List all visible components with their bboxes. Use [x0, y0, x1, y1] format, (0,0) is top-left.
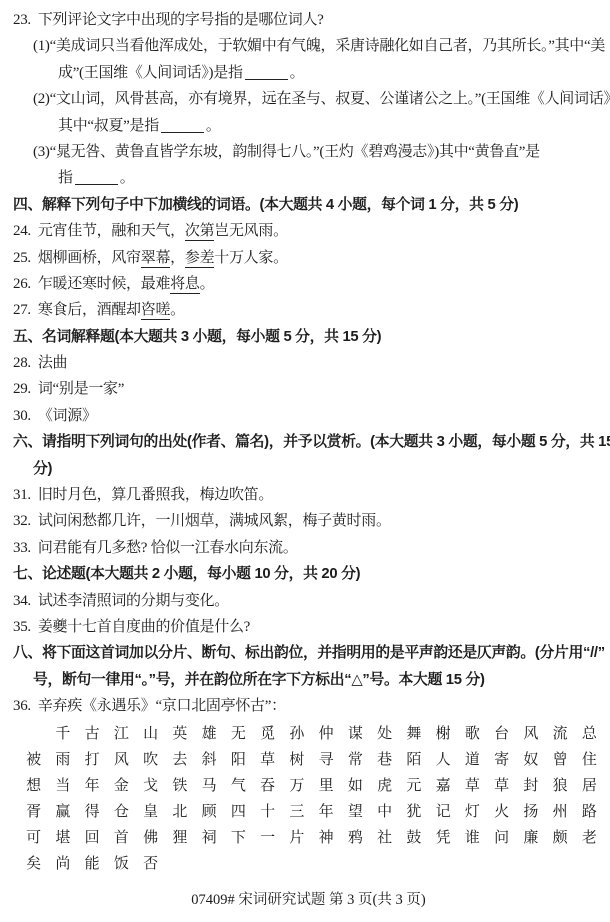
poem-char: 州	[546, 799, 575, 825]
poem-char: 马	[195, 773, 224, 799]
poem-char: 戈	[136, 773, 165, 799]
question-text: 《词源》	[38, 408, 97, 424]
poem-char: 回	[78, 825, 107, 851]
question-number: 36.	[13, 693, 31, 719]
poem-char: 片	[282, 825, 311, 851]
question-33: 33.问君能有几多愁? 恰似一江春水向东流。	[13, 535, 604, 561]
question-number: 30.	[13, 403, 31, 429]
question-number: 32.	[13, 508, 31, 534]
question-text: 辛弃疾《永遇乐》“京口北固亭怀古”：	[38, 698, 286, 714]
poem-row: 被雨打风吹去斜阳草树寻常巷陌人道寄奴曾住	[19, 747, 604, 773]
poem-char	[341, 851, 370, 877]
poem-char: 风	[107, 747, 136, 773]
text-segment: 。	[200, 276, 215, 292]
poem-char: 住	[575, 747, 604, 773]
question-number: 35.	[13, 614, 31, 640]
poem-char: 常	[341, 747, 370, 773]
question-text: 下列评论文字中出现的字号指的是哪位词人?	[38, 12, 324, 28]
q23-sub1-line1: (1)“美成词只当看他浑成处，于软媚中有气魄，采唐诗融化如自己者，乃其所长。”其…	[13, 33, 604, 59]
question-number: 29.	[13, 376, 31, 402]
poem-char: 望	[341, 799, 370, 825]
poem-char: 狸	[165, 825, 194, 851]
text-after-blank: 。	[290, 65, 305, 81]
poem-char: 社	[370, 825, 399, 851]
poem-char: 吞	[253, 773, 282, 799]
poem-char	[282, 851, 311, 877]
poem-char: 树	[282, 747, 311, 773]
poem-char: 想	[19, 773, 48, 799]
poem-char: 歌	[458, 721, 487, 747]
poem-char	[312, 851, 341, 877]
question-number: 26.	[13, 271, 31, 297]
poem-char	[487, 851, 516, 877]
poem-char: 三	[282, 799, 311, 825]
poem-char: 鼓	[399, 825, 428, 851]
poem-char: 古	[78, 721, 107, 747]
question-30: 30.《词源》	[13, 403, 604, 429]
poem-char: 草	[253, 747, 282, 773]
question-text: 乍暖还寒时候，最难将息。	[38, 276, 214, 294]
section-7-header: 七、论述题(本大题共 2 小题，每小题 10 分，共 20 分)	[13, 561, 604, 587]
question-23-stem: 23.下列评论文字中出现的字号指的是哪位词人?	[13, 7, 604, 33]
poem-char: 神	[312, 825, 341, 851]
poem-char: 金	[107, 773, 136, 799]
poem-char: 鸦	[341, 825, 370, 851]
question-text: 旧时月色，算几番照我，梅边吹笛。	[38, 487, 273, 503]
poem-char: 吹	[136, 747, 165, 773]
poem-char: 人	[429, 747, 458, 773]
poem-char: 下	[224, 825, 253, 851]
poem-char: 草	[458, 773, 487, 799]
text-segment: ，	[170, 250, 185, 266]
question-36: 36.辛弃疾《永遇乐》“京口北固亭怀古”：	[13, 693, 604, 719]
poem-char: 谁	[458, 825, 487, 851]
poem-char: 千	[48, 721, 77, 747]
poem-char: 嘉	[429, 773, 458, 799]
poem-grid: 千古江山英雄无觅孙仲谋处舞榭歌台风流总被雨打风吹去斜阳草树寻常巷陌人道寄奴曾住想…	[19, 721, 604, 877]
poem-char: 被	[19, 747, 48, 773]
poem-char: 佛	[136, 825, 165, 851]
exam-page: 23.下列评论文字中出现的字号指的是哪位词人? (1)“美成词只当看他浑成处，于…	[0, 0, 610, 922]
poem-char: 阳	[224, 747, 253, 773]
text-segment: 十万人家。	[214, 250, 288, 266]
poem-char: 虎	[370, 773, 399, 799]
poem-char: 问	[487, 825, 516, 851]
poem-char: 顾	[195, 799, 224, 825]
poem-char	[370, 851, 399, 877]
poem-char: 路	[575, 799, 604, 825]
poem-char: 元	[399, 773, 428, 799]
poem-char: 当	[48, 773, 77, 799]
poem-char: 谋	[341, 721, 370, 747]
question-32: 32.试问闲愁都几许，一川烟草，满城风絮，梅子黄时雨。	[13, 508, 604, 534]
poem-char	[224, 851, 253, 877]
poem-char: 灯	[458, 799, 487, 825]
poem-char: 曾	[546, 747, 575, 773]
poem-char: 奴	[516, 747, 545, 773]
poem-char: 无	[224, 721, 253, 747]
poem-char: 皇	[136, 799, 165, 825]
poem-char: 胥	[19, 799, 48, 825]
answer-blank	[161, 119, 204, 133]
poem-char: 英	[165, 721, 194, 747]
poem-char: 打	[78, 747, 107, 773]
poem-char: 孙	[282, 721, 311, 747]
text-before-blank: 其中“叔夏”是指	[58, 118, 159, 134]
poem-char: 扬	[516, 799, 545, 825]
q23-sub3-line1: (3)“晁无咎、黄鲁直皆学东坡，韵制得七八。”(王灼《碧鸡漫志》)其中“黄鲁直”…	[13, 139, 604, 165]
poem-char	[19, 721, 48, 747]
question-number: 34.	[13, 588, 31, 614]
poem-char: 仲	[312, 721, 341, 747]
poem-char: 台	[487, 721, 516, 747]
poem-char: 仓	[107, 799, 136, 825]
underlined-word: 翠幕	[141, 250, 170, 268]
poem-char: 廉	[516, 825, 545, 851]
poem-char: 草	[487, 773, 516, 799]
question-text: 问君能有几多愁? 恰似一江春水向东流。	[38, 540, 298, 556]
poem-row: 想当年金戈铁马气吞万里如虎元嘉草草封狼居	[19, 773, 604, 799]
poem-char	[195, 851, 224, 877]
poem-char: 山	[136, 721, 165, 747]
poem-char: 赢	[48, 799, 77, 825]
question-number: 31.	[13, 482, 31, 508]
poem-char: 总	[575, 721, 604, 747]
poem-char: 可	[19, 825, 48, 851]
poem-char: 北	[165, 799, 194, 825]
poem-char	[429, 851, 458, 877]
poem-char: 道	[458, 747, 487, 773]
poem-char: 首	[107, 825, 136, 851]
poem-char: 巷	[370, 747, 399, 773]
underlined-word: 次第	[185, 223, 214, 241]
poem-char: 老	[575, 825, 604, 851]
poem-char: 记	[429, 799, 458, 825]
q23-sub1-line2: 成”(王国维《人间词话》)是指。	[13, 60, 604, 86]
question-number: 33.	[13, 535, 31, 561]
poem-char: 榭	[429, 721, 458, 747]
poem-char: 十	[253, 799, 282, 825]
poem-char: 矣	[19, 851, 48, 877]
text-before-blank: 成”(王国维《人间词话》)是指	[58, 65, 243, 81]
text-segment: 烟柳画桥，风帘	[38, 250, 141, 266]
q23-sub2-line2: 其中“叔夏”是指。	[13, 113, 604, 139]
poem-char: 处	[370, 721, 399, 747]
poem-char: 堪	[48, 825, 77, 851]
question-number: 23.	[13, 7, 31, 33]
poem-char: 得	[78, 799, 107, 825]
poem-char	[516, 851, 545, 877]
poem-char: 风	[516, 721, 545, 747]
poem-char: 雨	[48, 747, 77, 773]
text-segment: 寒食后，酒醒却	[38, 302, 141, 318]
poem-char: 寻	[312, 747, 341, 773]
question-text: 试问闲愁都几许，一川烟草，满城风絮，梅子黄时雨。	[38, 513, 391, 529]
poem-char	[399, 851, 428, 877]
text-before-blank: 指	[58, 170, 73, 186]
underlined-word: 将息	[170, 276, 199, 294]
text-segment: 乍暖还寒时候，最难	[38, 276, 170, 292]
section-8-header-line2: 号，断句一律用“。”号，并在韵位所在字下方标出“△”号。本大题 15 分)	[13, 667, 604, 693]
question-27: 27.寒食后，酒醒却咨嗟。	[13, 297, 604, 323]
question-35: 35.姜夔十七首自度曲的价值是什么?	[13, 614, 604, 640]
underlined-word: 参差	[185, 250, 214, 268]
q23-sub3-line2: 指。	[13, 165, 604, 191]
text-after-blank: 。	[206, 118, 221, 134]
answer-blank	[75, 172, 118, 186]
question-text: 元宵佳节，融和天气，次第岂无风雨。	[38, 223, 288, 241]
poem-char	[546, 851, 575, 877]
section-6-header-line1: 六、请指明下列词句的出处(作者、篇名)，并予以赏析。(本大题共 3 小题，每小题…	[13, 429, 604, 455]
text-segment: 岂无风雨。	[214, 223, 288, 239]
poem-char: 陌	[399, 747, 428, 773]
poem-char: 年	[78, 773, 107, 799]
question-24: 24.元宵佳节，融和天气，次第岂无风雨。	[13, 218, 604, 244]
poem-char: 流	[546, 721, 575, 747]
poem-char: 祠	[195, 825, 224, 851]
question-26: 26.乍暖还寒时候，最难将息。	[13, 271, 604, 297]
poem-char: 如	[341, 773, 370, 799]
poem-char: 居	[575, 773, 604, 799]
poem-char: 舞	[399, 721, 428, 747]
question-text: 试述李清照词的分期与变化。	[38, 593, 229, 609]
question-29: 29.词“别是一家”	[13, 376, 604, 402]
section-4-header: 四、解释下列句子中下加横线的词语。(本大题共 4 小题，每个词 1 分，共 5 …	[13, 192, 604, 218]
section-8-header-line1: 八、将下面这首词加以分片、断句、标出韵位，并指明用的是平声韵还是仄声韵。(分片用…	[13, 640, 604, 666]
text-after-blank: 。	[120, 170, 135, 186]
poem-char: 饭	[107, 851, 136, 877]
poem-char	[253, 851, 282, 877]
poem-char: 里	[312, 773, 341, 799]
poem-char: 铁	[165, 773, 194, 799]
question-34: 34.试述李清照词的分期与变化。	[13, 588, 604, 614]
poem-char: 凭	[429, 825, 458, 851]
poem-char: 觅	[253, 721, 282, 747]
question-text: 姜夔十七首自度曲的价值是什么?	[38, 619, 250, 635]
poem-char: 万	[282, 773, 311, 799]
question-31: 31.旧时月色，算几番照我，梅边吹笛。	[13, 482, 604, 508]
poem-char: 犹	[399, 799, 428, 825]
page-footer: 07409# 宋词研究试题 第 3 页(共 3 页)	[13, 887, 604, 913]
question-number: 25.	[13, 245, 31, 271]
poem-char: 江	[107, 721, 136, 747]
poem-char: 封	[516, 773, 545, 799]
poem-char	[575, 851, 604, 877]
poem-char: 四	[224, 799, 253, 825]
poem-char: 尚	[48, 851, 77, 877]
poem-char: 颇	[546, 825, 575, 851]
section-5-header: 五、名词解释题(本大题共 3 小题，每小题 5 分，共 15 分)	[13, 324, 604, 350]
poem-char	[458, 851, 487, 877]
text-segment: 元宵佳节，融和天气，	[38, 223, 185, 239]
question-number: 24.	[13, 218, 31, 244]
poem-char: 雄	[195, 721, 224, 747]
poem-row: 胥赢得仓皇北顾四十三年望中犹记灯火扬州路	[19, 799, 604, 825]
text-segment: 。	[170, 302, 185, 318]
poem-char: 能	[78, 851, 107, 877]
poem-char: 一	[253, 825, 282, 851]
poem-char: 中	[370, 799, 399, 825]
poem-char: 年	[312, 799, 341, 825]
poem-char: 狼	[546, 773, 575, 799]
poem-char: 去	[165, 747, 194, 773]
poem-row: 矣尚能饭否	[19, 851, 604, 877]
poem-char: 寄	[487, 747, 516, 773]
underlined-word: 咨嗟	[141, 302, 170, 320]
section-6-header-line2: 分)	[13, 456, 604, 482]
question-text: 词“别是一家”	[38, 381, 124, 397]
poem-row: 可堪回首佛狸祠下一片神鸦社鼓凭谁问廉颇老	[19, 825, 604, 851]
poem-row: 千古江山英雄无觅孙仲谋处舞榭歌台风流总	[19, 721, 604, 747]
poem-char	[165, 851, 194, 877]
question-text: 法曲	[38, 355, 67, 371]
question-text: 寒食后，酒醒却咨嗟。	[38, 302, 185, 320]
question-number: 27.	[13, 297, 31, 323]
question-28: 28.法曲	[13, 350, 604, 376]
q23-sub2-line1: (2)“文山词，风骨甚高，亦有境界，远在圣与、叔夏、公谨诸公之上。”(王国维《人…	[13, 86, 604, 112]
poem-char: 火	[487, 799, 516, 825]
question-number: 28.	[13, 350, 31, 376]
poem-char: 否	[136, 851, 165, 877]
question-text: 烟柳画桥，风帘翠幕，参差十万人家。	[38, 250, 288, 268]
answer-blank	[245, 66, 288, 80]
poem-char: 斜	[195, 747, 224, 773]
poem-char: 气	[224, 773, 253, 799]
question-25: 25.烟柳画桥，风帘翠幕，参差十万人家。	[13, 245, 604, 271]
